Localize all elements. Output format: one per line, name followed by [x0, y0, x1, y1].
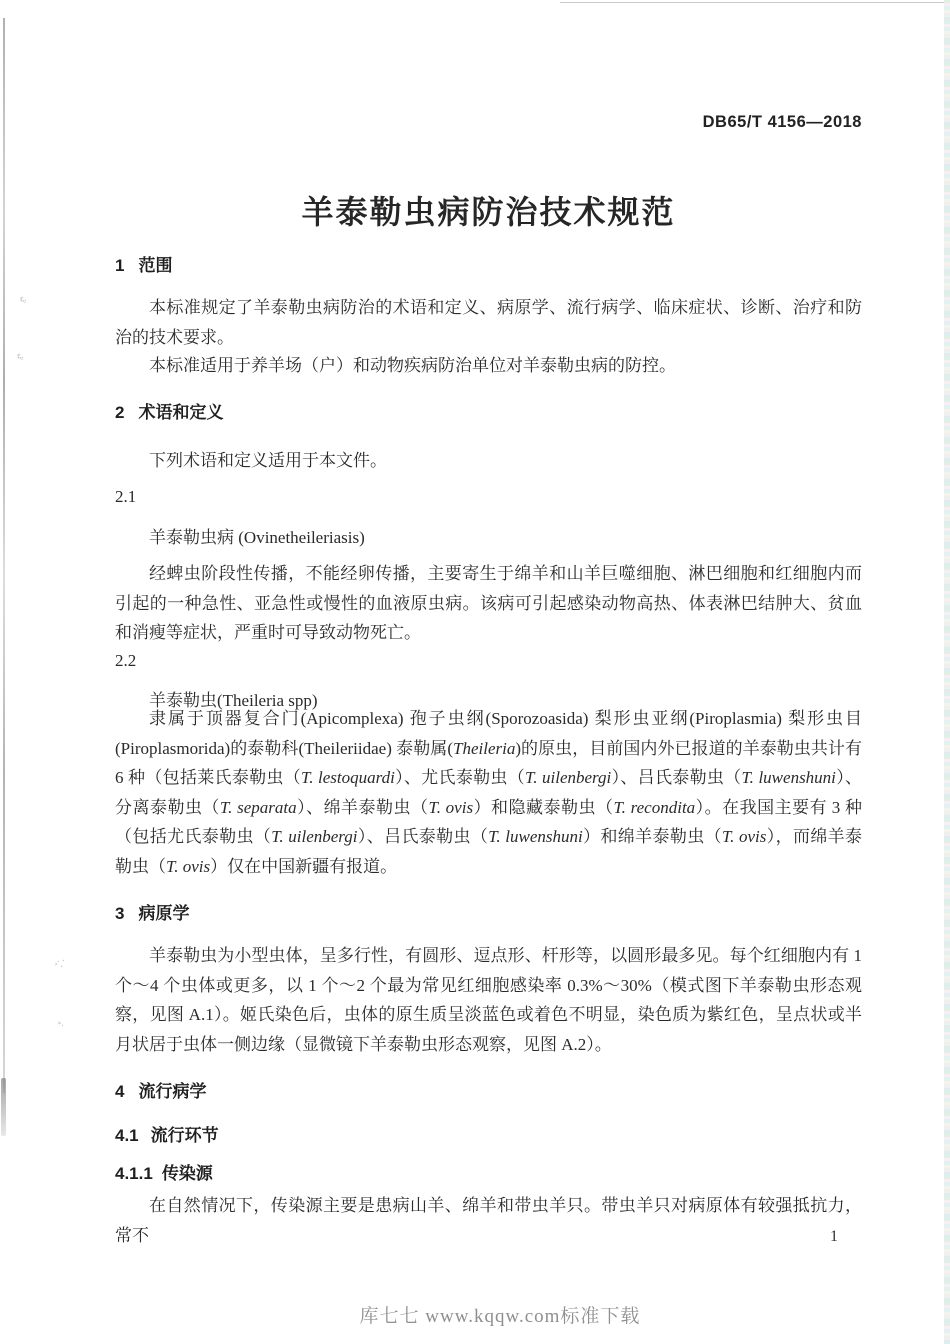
document-title: 羊泰勒虫病防治技术规范: [115, 187, 862, 233]
scan-smudge: ᶓ.: [16, 351, 24, 361]
scan-edge-left-heavy: [1, 1078, 6, 1136]
section-1-paragraph-2: 本标准适用于养羊场（户）和动物疾病防治单位对羊泰勒虫病的防控。: [115, 351, 862, 381]
scan-edge-left: [3, 18, 5, 1093]
scanned-document-page: ᶓ. ᶓ. ᶺ⸪ ⸚. DB65/T 4156—2018 羊泰勒虫病防治技术规范…: [0, 0, 950, 1344]
section-4-heading: 4 流行病学: [115, 1077, 862, 1102]
section-title: 传染源: [162, 1159, 213, 1184]
section-title: 流行环节: [151, 1121, 219, 1146]
section-title: 流行病学: [138, 1077, 206, 1102]
scan-smudge: ⸚.: [57, 1019, 64, 1029]
clause-2-1-definition: 经蜱虫阶段性传播，不能经卵传播，主要寄生于绵羊和山羊巨噬细胞、淋巴细胞和红细胞内…: [115, 559, 862, 648]
standard-code: DB65/T 4156—2018: [703, 113, 862, 132]
section-2-intro: 下列术语和定义适用于本文件。: [115, 446, 862, 476]
footer-watermark: 库七七 www.kqqw.com标准下载: [25, 1301, 950, 1328]
scan-edge-top-line: [560, 2, 944, 3]
section-number: 4.1.1: [115, 1164, 153, 1184]
scan-smudge: ᶓ.: [19, 294, 27, 304]
section-number: 1: [115, 256, 124, 276]
section-1-heading: 1 范围: [115, 251, 862, 276]
scan-edge-right-noise: [944, 0, 950, 1344]
section-title: 范围: [138, 251, 172, 276]
section-3-paragraph-1: 羊泰勒虫为小型虫体，呈多行性，有圆形、逗点形、杆形等，以圆形最多见。每个红细胞内…: [115, 941, 862, 1059]
clause-2-1-term: 羊泰勒虫病 (Ovinetheileriasis): [115, 523, 862, 548]
section-title: 病原学: [138, 899, 189, 924]
section-3-heading: 3 病原学: [115, 899, 862, 924]
section-number: 4.1: [115, 1126, 139, 1146]
section-title: 术语和定义: [138, 398, 223, 423]
section-1-paragraph-1: 本标准规定了羊泰勒虫病防治的术语和定义、病原学、流行病学、临床症状、诊断、治疗和…: [115, 293, 862, 352]
page-number: 1: [830, 1228, 838, 1246]
section-number: 2: [115, 403, 124, 423]
clause-2-1-number: 2.1: [115, 487, 862, 507]
clause-2-2-definition: 隶属于顶器复合门(Apicomplexa) 孢子虫纲(Sporozoasida)…: [115, 704, 862, 881]
section-number: 4: [115, 1082, 124, 1102]
clause-2-2-number: 2.2: [115, 651, 862, 671]
section-4-1-1-paragraph-1: 在自然情况下，传染源主要是患病山羊、绵羊和带虫羊只。带虫羊只对病原体有较强抵抗力…: [115, 1191, 862, 1250]
section-4-1-1-heading: 4.1.1 传染源: [115, 1159, 862, 1184]
section-2-heading: 2 术语和定义: [115, 398, 862, 423]
section-number: 3: [115, 904, 124, 924]
scan-smudge: ᶺ⸪: [54, 959, 65, 970]
section-4-1-heading: 4.1 流行环节: [115, 1121, 862, 1146]
